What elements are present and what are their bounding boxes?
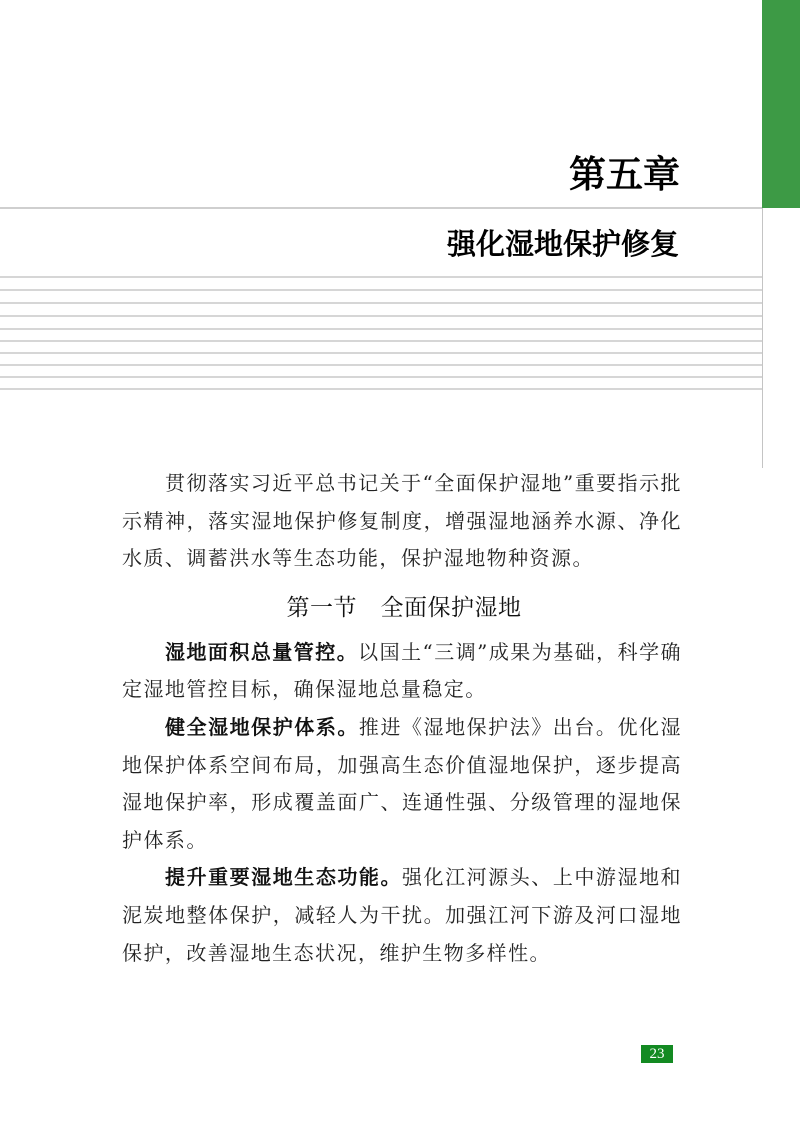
body-content: 贯彻落实习近平总书记关于“全面保护湿地”重要指示批示精神，落实湿地保护修复制度，… [122, 465, 682, 972]
ruled-line [0, 364, 762, 366]
paragraph-lead: 提升重要湿地生态功能。 [165, 865, 402, 889]
paragraph-protection-system: 健全湿地保护体系。推进《湿地保护法》出台。优化湿地保护体系空间布局，加强高生态价… [122, 709, 682, 859]
paragraph-wetland-area-control: 湿地面积总量管控。以国土“三调”成果为基础，科学确定湿地管控目标，确保湿地总量稳… [122, 634, 682, 709]
paragraph-lead: 湿地面积总量管控。 [165, 640, 358, 664]
decorative-ruled-lines [0, 0, 762, 400]
ruled-line [0, 352, 762, 354]
ruled-line [0, 302, 762, 304]
chapter-title: 强化湿地保护修复 [447, 224, 679, 264]
header-divider [0, 207, 762, 209]
paragraph-lead: 健全湿地保护体系。 [165, 715, 359, 739]
ruled-line [0, 340, 762, 342]
chapter-side-tab [762, 0, 800, 208]
section-heading: 第一节 全面保护湿地 [122, 578, 682, 634]
ruled-line [0, 289, 762, 291]
ruled-line [0, 376, 762, 378]
chapter-number: 第五章 [569, 150, 680, 198]
paragraph-ecological-function: 提升重要湿地生态功能。强化江河源头、上中游湿地和泥炭地整体保护，减轻人为干扰。加… [122, 859, 682, 972]
ruled-line [0, 328, 762, 330]
ruled-line [0, 388, 762, 390]
vertical-divider [762, 208, 763, 468]
ruled-line [0, 276, 762, 278]
ruled-line [0, 315, 762, 317]
intro-paragraph: 贯彻落实习近平总书记关于“全面保护湿地”重要指示批示精神，落实湿地保护修复制度，… [122, 465, 682, 578]
page-number: 23 [641, 1045, 673, 1063]
